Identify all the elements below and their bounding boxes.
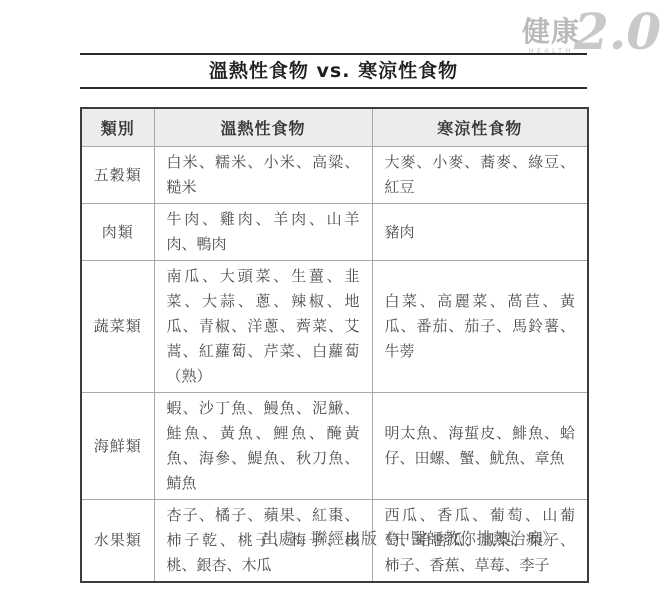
header-warm-foods: 溫熱性食物 [154, 108, 372, 147]
health20-logo: 健康 HEALTH 2.0 [522, 8, 661, 56]
source-citation: 出處：聯經出版《中醫師教你排熱治病》 [80, 526, 587, 549]
cold-foods-cell: 明太魚、海蜇皮、鯡魚、蛤仔、田螺、蟹、魷魚、章魚 [372, 393, 588, 500]
category-label: 海鮮類 [81, 393, 154, 500]
header-cold-foods: 寒涼性食物 [372, 108, 588, 147]
warm-foods-cell: 南瓜、大頭菜、生薑、韭菜、大蒜、蔥、辣椒、地瓜、青椒、洋蔥、薺菜、艾蒿、紅蘿蔔、… [154, 261, 372, 393]
logo-version-text: 2.0 [574, 8, 661, 56]
table-row-seafood: 海鮮類 蝦、沙丁魚、鰻魚、泥鰍、鮭魚、黃魚、鯉魚、醃黃魚、海參、鯷魚、秋刀魚、鯖… [81, 393, 588, 500]
table-row-vegetables: 蔬菜類 南瓜、大頭菜、生薑、韭菜、大蒜、蔥、辣椒、地瓜、青椒、洋蔥、薺菜、艾蒿、… [81, 261, 588, 393]
table-row-grains: 五穀類 白米、糯米、小米、高粱、糙米 大麥、小麥、蕎麥、綠豆、紅豆 [81, 147, 588, 204]
table-row-meat: 肉類 牛肉、雞肉、羊肉、山羊肉、鴨肉 豬肉 [81, 204, 588, 261]
page-title: 溫熱性食物 vs. 寒涼性食物 [80, 58, 587, 84]
logo-brand-block: 健康 HEALTH [522, 18, 580, 55]
warm-foods-cell: 白米、糯米、小米、高粱、糙米 [154, 147, 372, 204]
cold-foods-cell: 白菜、高麗菜、萵苣、黃瓜、番茄、茄子、馬鈴薯、牛蒡 [372, 261, 588, 393]
category-label: 五穀類 [81, 147, 154, 204]
title-band: 溫熱性食物 vs. 寒涼性食物 [80, 53, 587, 89]
food-comparison-table: 類別 溫熱性食物 寒涼性食物 五穀類 白米、糯米、小米、高粱、糙米 大麥、小麥、… [80, 107, 589, 583]
header-category: 類別 [81, 108, 154, 147]
infographic-page: 健康 HEALTH 2.0 溫熱性食物 vs. 寒涼性食物 類別 溫熱性食物 寒… [0, 0, 667, 594]
category-label: 肉類 [81, 204, 154, 261]
cold-foods-cell: 豬肉 [372, 204, 588, 261]
logo-brand-text: 健康 [522, 18, 580, 46]
cold-foods-cell: 大麥、小麥、蕎麥、綠豆、紅豆 [372, 147, 588, 204]
warm-foods-cell: 蝦、沙丁魚、鰻魚、泥鰍、鮭魚、黃魚、鯉魚、醃黃魚、海參、鯷魚、秋刀魚、鯖魚 [154, 393, 372, 500]
table-header-row: 類別 溫熱性食物 寒涼性食物 [81, 108, 588, 147]
category-label: 蔬菜類 [81, 261, 154, 393]
warm-foods-cell: 牛肉、雞肉、羊肉、山羊肉、鴨肉 [154, 204, 372, 261]
